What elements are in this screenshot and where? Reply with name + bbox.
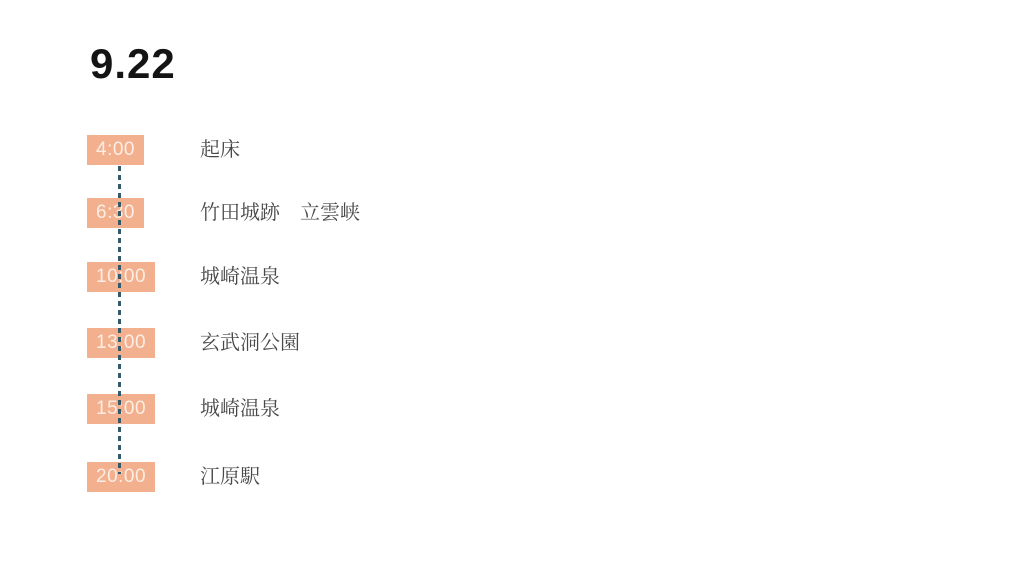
event-label: 江原駅	[200, 462, 260, 492]
event-label: 起床	[200, 135, 240, 165]
page-title: 9.22	[90, 42, 176, 86]
timeline-item: 6:30 竹田城跡 立雲峡	[0, 198, 1024, 228]
time-badge: 6:30	[87, 198, 144, 228]
event-label: 城崎温泉	[200, 394, 280, 424]
event-label: 玄武洞公園	[200, 328, 300, 358]
timeline-item: 13:00 玄武洞公園	[0, 328, 1024, 358]
event-label: 城崎温泉	[200, 262, 280, 292]
timeline-item: 20:00 江原駅	[0, 462, 1024, 492]
time-badge: 13:00	[87, 328, 155, 358]
event-label: 竹田城跡 立雲峡	[200, 198, 360, 228]
timeline-item: 15:00 城崎温泉	[0, 394, 1024, 424]
slide-canvas: 9.22 4:00 起床 6:30 竹田城跡 立雲峡 10:00 城崎温泉 13…	[0, 0, 1024, 576]
timeline-item: 10:00 城崎温泉	[0, 262, 1024, 292]
timeline-item: 4:00 起床	[0, 135, 1024, 165]
time-badge: 4:00	[87, 135, 144, 165]
time-badge: 15:00	[87, 394, 155, 424]
time-badge: 10:00	[87, 262, 155, 292]
timeline-connector-line	[118, 166, 121, 474]
time-badge: 20:00	[87, 462, 155, 492]
